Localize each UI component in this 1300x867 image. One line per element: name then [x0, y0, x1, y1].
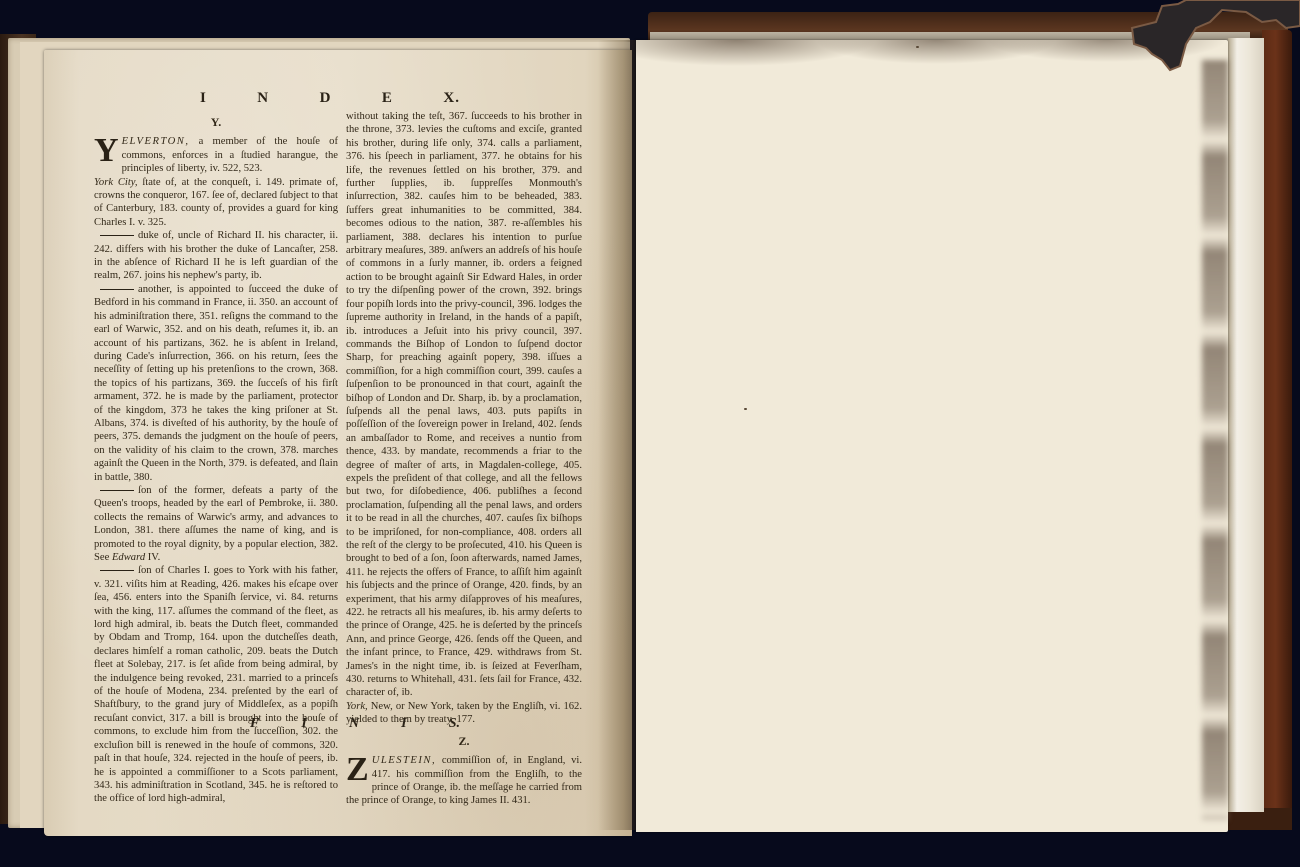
header-letter: X. — [443, 90, 460, 107]
right-cover-board-edge — [1262, 30, 1292, 830]
finis-footer: F I N I S. — [250, 716, 460, 732]
cross-reference: Edward — [112, 552, 145, 563]
entry-text: another, is appointed to ſucceed the duk… — [94, 284, 338, 483]
entry-head: York, — [346, 701, 368, 712]
paper-speck — [916, 46, 919, 48]
finis-letter: I — [301, 716, 306, 732]
drop-cap: Y — [94, 137, 119, 165]
header-letter: I — [200, 90, 207, 107]
ditto-rule — [100, 289, 134, 290]
index-subentry-duke-of-york-4: ſon of Charles I. goes to York with his … — [94, 564, 338, 805]
ditto-rule — [100, 570, 134, 571]
index-subentry-duke-of-york-2: another, is appointed to ſucceed the duk… — [94, 283, 338, 484]
paper-speck — [744, 408, 747, 410]
header-letter: D — [320, 90, 332, 107]
entry-text: duke of, uncle of Richard II. his charac… — [94, 230, 338, 281]
ditto-rule — [100, 490, 134, 491]
index-column-right: without taking the teſt, 367. ſucceeds t… — [346, 110, 582, 808]
foxing-stain-right — [1202, 60, 1228, 820]
section-heading-y: Y. — [94, 116, 338, 129]
page-header-index: I N D E X. — [200, 90, 460, 107]
cross-reference-suffix: IV. — [148, 552, 160, 563]
blank-flyleaf — [636, 40, 1228, 832]
index-column-left: Y. Y ELVERTON, a member of the houſe of … — [94, 116, 338, 806]
header-letter: N — [257, 90, 269, 107]
index-entry-zulestein: Z ULESTEIN, commiſſion of, in England, v… — [346, 754, 582, 808]
finis-letter: F — [250, 716, 259, 732]
index-entry-continuation: without taking the teſt, 367. ſucceeds t… — [346, 110, 582, 700]
header-letter: E — [382, 90, 393, 107]
finis-letter: S. — [449, 716, 460, 732]
book-photo-scene: I N D E X. Y. Y ELVERTON, a member of th… — [0, 0, 1300, 867]
finis-letter: N — [349, 716, 359, 732]
pastedown-edge — [1228, 38, 1264, 812]
corner-clasp-icon — [1126, 0, 1300, 72]
ditto-rule — [100, 235, 134, 236]
index-entry-york-city: York City, ſtate of, at the conqueſt, i.… — [94, 176, 338, 230]
finis-letter: I — [401, 716, 406, 732]
index-entry-yelverton: Y ELVERTON, a member of the houſe of com… — [94, 135, 338, 175]
section-heading-z: Z. — [346, 735, 582, 748]
entry-head: ELVERTON, — [122, 136, 190, 147]
index-subentry-duke-of-york-3: ſon of the former, defeats a party of th… — [94, 484, 338, 564]
entry-head: ULESTEIN, — [372, 755, 436, 766]
index-subentry-duke-of-york-1: duke of, uncle of Richard II. his charac… — [94, 229, 338, 283]
entry-head: York City, — [94, 177, 138, 188]
drop-cap: Z — [346, 756, 369, 784]
entry-text: ſon of Charles I. goes to York with his … — [94, 565, 338, 804]
